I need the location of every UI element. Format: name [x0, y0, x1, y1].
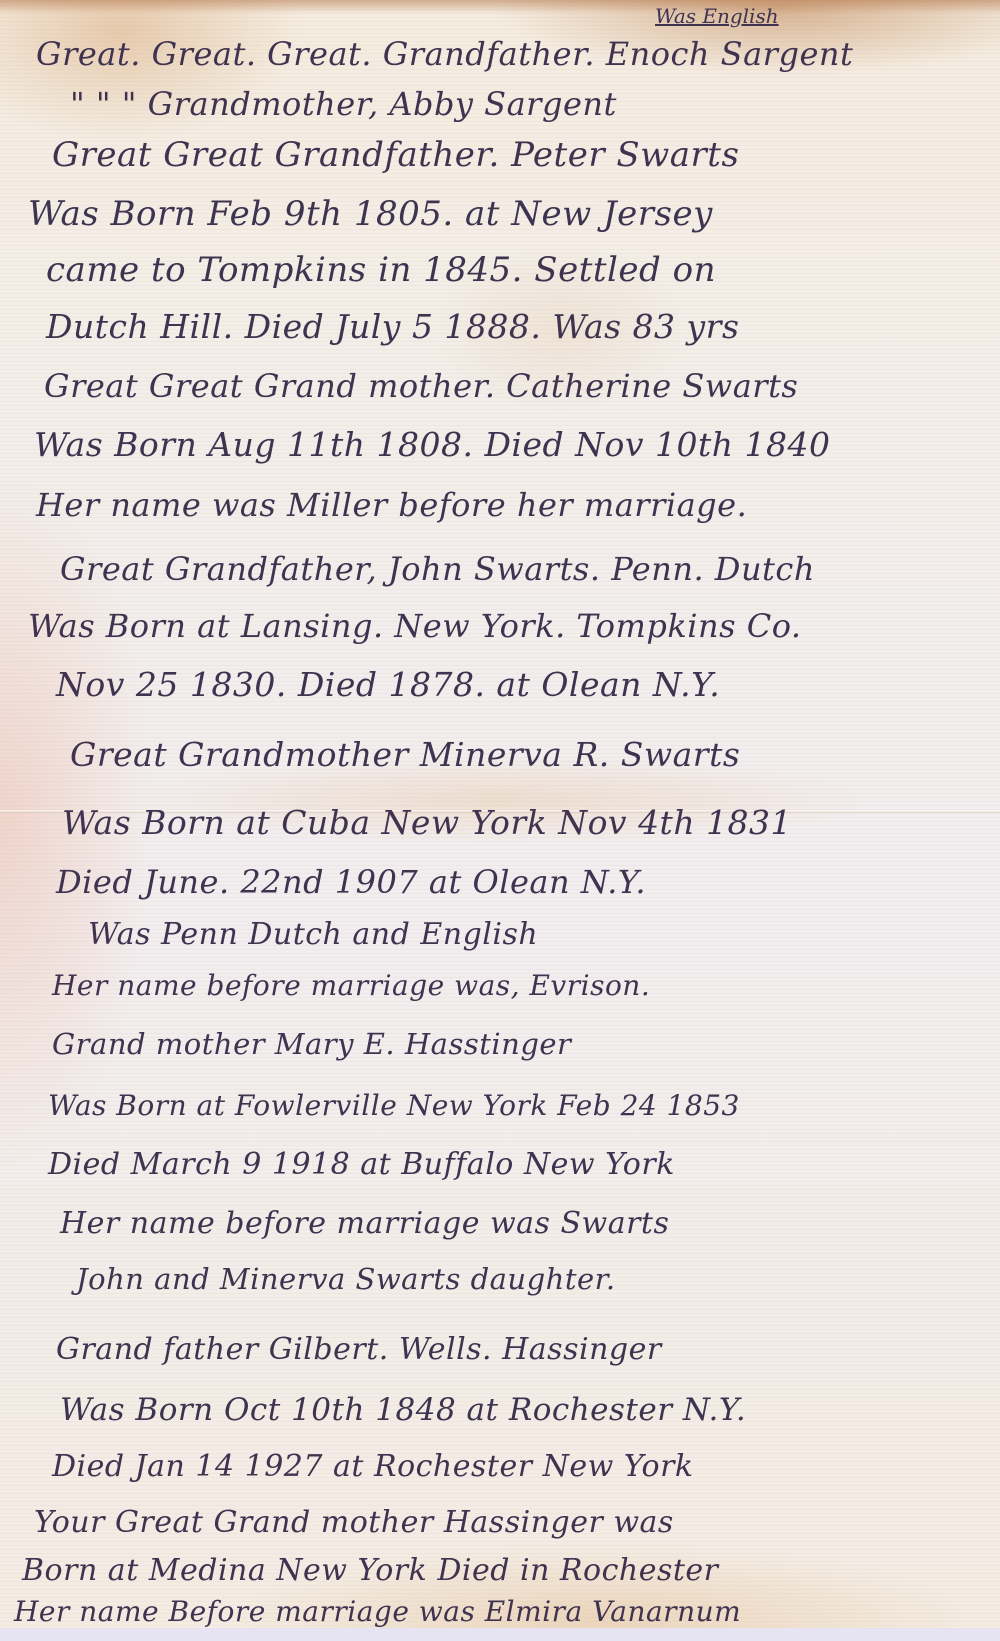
paper-bottom-edge: [0, 1628, 1000, 1641]
text-line-6: Dutch Hill. Died July 5 1888. Was 83 yrs: [46, 310, 739, 343]
text-line-7: Great Great Grand mother. Catherine Swar…: [44, 370, 798, 402]
text-line-2: " " " Grandmother, Abby Sargent: [70, 88, 617, 120]
text-line-9: Her name was Miller before her marriage.: [36, 489, 747, 521]
text-line-4: Was Born Feb 9th 1805. at New Jersey: [28, 197, 713, 231]
text-line-20: Died March 9 1918 at Buffalo New York: [48, 1150, 675, 1180]
text-line-25: Died Jan 14 1927 at Rochester New York: [52, 1452, 694, 1482]
text-line-27: Born at Medina New York Died in Rocheste…: [22, 1556, 719, 1586]
text-line-18: Grand mother Mary E. Hasstinger: [52, 1030, 571, 1059]
annotation-was-english: Was English: [655, 4, 779, 28]
text-line-16: Was Penn Dutch and English: [88, 920, 538, 950]
text-line-21: Her name before marriage was Swarts: [60, 1209, 669, 1239]
text-line-24: Was Born Oct 10th 1848 at Rochester N.Y.: [60, 1395, 746, 1426]
text-line-22: John and Minerva Swarts daughter.: [76, 1265, 616, 1294]
text-line-11: Was Born at Lansing. New York. Tompkins …: [28, 610, 802, 642]
text-line-10: Great Grandfather, John Swarts. Penn. Du…: [60, 553, 815, 585]
text-line-3: Great Great Grandfather. Peter Swarts: [52, 138, 739, 172]
text-line-14: Was Born at Cuba New York Nov 4th 1831: [62, 806, 792, 839]
text-line-17: Her name before marriage was, Evrison.: [52, 972, 650, 1000]
text-line-23: Grand father Gilbert. Wells. Hassinger: [56, 1335, 662, 1365]
text-line-28: Her name Before marriage was Elmira Vana…: [14, 1598, 741, 1626]
text-line-26: Your Great Grand mother Hassinger was: [34, 1508, 674, 1538]
text-line-1: Great. Great. Great. Grandfather. Enoch …: [36, 38, 853, 70]
text-line-5: came to Tompkins in 1845. Settled on: [46, 253, 716, 287]
text-line-13: Great Grandmother Minerva R. Swarts: [70, 738, 740, 771]
text-line-12: Nov 25 1830. Died 1878. at Olean N.Y.: [56, 668, 720, 701]
text-line-8: Was Born Aug 11th 1808. Died Nov 10th 18…: [34, 428, 830, 461]
handwritten-document-page: Was English Great. Great. Great. Grandfa…: [0, 0, 1000, 1641]
text-line-15: Died June. 22nd 1907 at Olean N.Y.: [56, 866, 646, 898]
text-line-19: Was Born at Fowlerville New York Feb 24 …: [48, 1092, 740, 1120]
